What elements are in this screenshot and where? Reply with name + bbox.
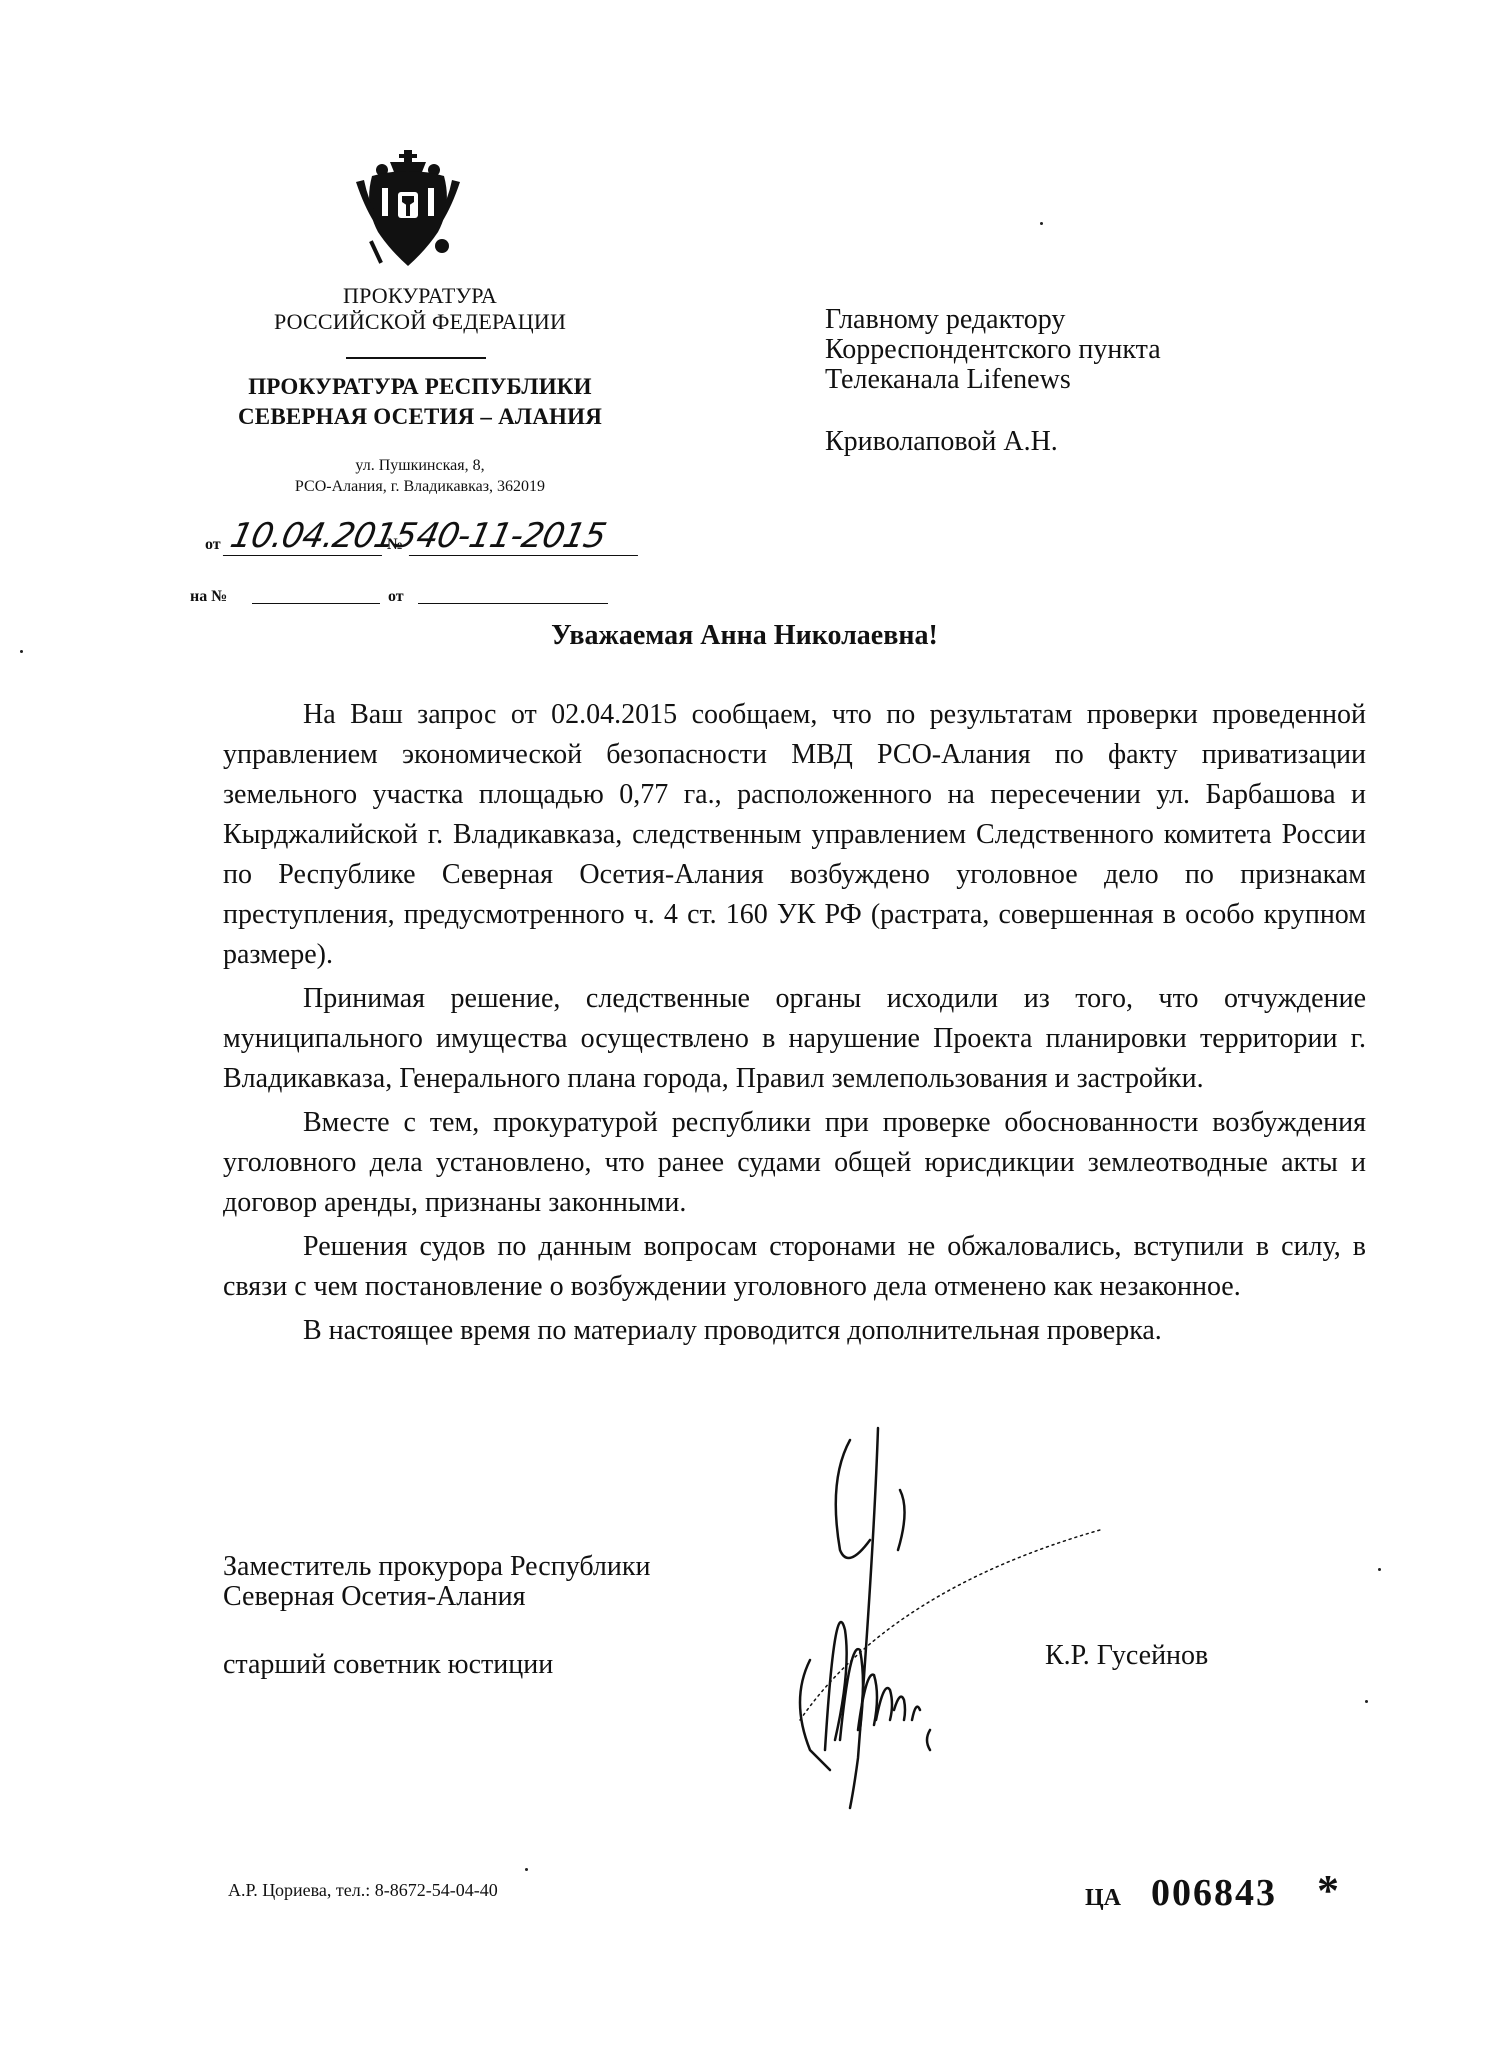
office-header: ПРОКУРАТУРА РЕСПУБЛИКИ СЕВЕРНАЯ ОСЕТИЯ –…: [190, 372, 650, 432]
letter-body: На Ваш запрос от 02.04.2015 сообщаем, чт…: [223, 695, 1366, 1355]
executor-contact: А.Р. Цориева, тел.: 8-8672-54-04-40: [228, 1880, 498, 1901]
scan-speck: [1040, 222, 1043, 225]
scan-speck: [525, 1868, 528, 1871]
recipient-block: Главному редактору Корреспондентского пу…: [825, 305, 1161, 457]
body-paragraph: Вместе с тем, прокуратурой республики пр…: [223, 1103, 1366, 1223]
serial-number: 006843: [1151, 1872, 1277, 1914]
reply-number-blank: [252, 602, 380, 604]
header-divider: [346, 357, 486, 359]
recipient-line-2: Корреспондентского пункта: [825, 335, 1161, 365]
handwritten-date: 10.04.2015: [223, 517, 390, 556]
recipient-line-3: Телеканала Lifenews: [825, 365, 1161, 395]
position-line-1: Заместитель прокурора Республики: [223, 1552, 650, 1582]
form-serial-number: ЦА 006843 *: [1085, 1865, 1339, 1916]
issuer-header: ПРОКУРАТУРА РОССИЙСКОЙ ФЕДЕРАЦИИ: [190, 283, 650, 335]
signature-icon: [740, 1420, 1160, 1840]
scan-speck: [1365, 1700, 1368, 1703]
salutation: Уважаемая Анна Николаевна!: [0, 620, 1489, 652]
recipient-name: Криволаповой А.Н.: [825, 427, 1161, 457]
office-line-2: СЕВЕРНАЯ ОСЕТИЯ – АЛАНИЯ: [190, 402, 650, 432]
signatory-name: К.Р. Гусейнов: [1045, 1640, 1208, 1672]
reply-reference-line: на № от: [190, 580, 650, 610]
body-paragraph: В настоящее время по материалу проводитс…: [223, 1311, 1366, 1351]
serial-prefix: ЦА: [1085, 1885, 1121, 1911]
asterisk-icon: *: [1317, 1866, 1339, 1915]
address-line-1: ул. Пушкинская, 8,: [190, 455, 650, 476]
reply-date-blank: [418, 602, 608, 604]
scan-speck: [20, 650, 23, 653]
body-paragraph: Принимая решение, следственные органы ис…: [223, 979, 1366, 1099]
body-paragraph: На Ваш запрос от 02.04.2015 сообщаем, чт…: [223, 695, 1366, 975]
position-line-2: Северная Осетия-Алания: [223, 1582, 650, 1612]
signatory-rank: старший советник юстиции: [223, 1650, 650, 1680]
signatory-position: Заместитель прокурора Республики Северна…: [223, 1552, 650, 1680]
handwritten-signature: [740, 1420, 1160, 1840]
office-address: ул. Пушкинская, 8, РСО-Алания, г. Владик…: [190, 455, 650, 497]
office-line-1: ПРОКУРАТУРА РЕСПУБЛИКИ: [190, 372, 650, 402]
number-label: №: [387, 536, 403, 554]
address-line-2: РСО-Алания, г. Владикавказ, 362019: [190, 476, 650, 497]
date-label: от: [205, 536, 221, 554]
reply-date-label: от: [388, 588, 404, 606]
scan-speck: [1378, 1568, 1381, 1571]
recipient-line-1: Главному редактору: [825, 305, 1161, 335]
eagle-icon: [352, 148, 464, 272]
coat-of-arms-emblem: [352, 148, 464, 272]
handwritten-number: 40-11-2015: [409, 517, 646, 556]
issuer-line-1: ПРОКУРАТУРА: [190, 283, 650, 309]
issuer-line-2: РОССИЙСКОЙ ФЕДЕРАЦИИ: [190, 309, 650, 335]
registration-line: от 10.04.2015 № 40-11-2015: [205, 510, 645, 560]
reply-number-label: на №: [190, 588, 227, 606]
body-paragraph: Решения судов по данным вопросам сторона…: [223, 1227, 1366, 1307]
